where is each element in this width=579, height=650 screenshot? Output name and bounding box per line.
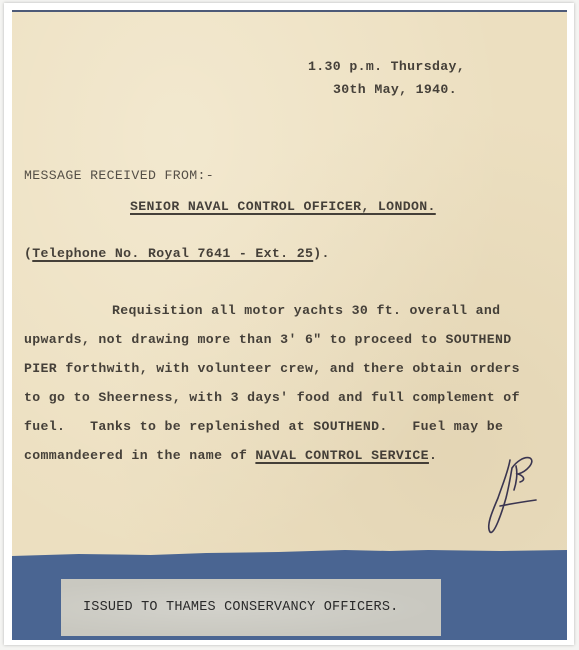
telephone-number: Telephone No. Royal 7641 - Ext. 25 [32, 246, 313, 261]
body-line: fuel. Tanks to be replenished at SOUTHEN… [24, 419, 503, 434]
received-from-label: MESSAGE RECEIVED FROM:- [24, 168, 214, 183]
telephone-line: (Telephone No. Royal 7641 - Ext. 25). [24, 246, 330, 261]
body-line: upwards, not drawing more than 3' 6" to … [24, 332, 512, 347]
issued-label-text: ISSUED TO THAMES CONSERVANCY OFFICERS. [83, 600, 398, 615]
body-line: PIER forthwith, with volunteer crew, and… [24, 361, 520, 376]
sender-name: SENIOR NAVAL CONTROL OFFICER, LONDON. [130, 199, 436, 214]
body-line: to go to Sheerness, with 3 days' food an… [24, 390, 520, 405]
date-line: 30th May, 1940. [333, 82, 457, 97]
last-line-prefix: commandeered in the name of [24, 448, 255, 463]
telephone-close: ). [313, 246, 330, 261]
naval-control-service: NAVAL CONTROL SERVICE [255, 448, 429, 463]
last-line-suffix: . [429, 448, 437, 463]
issued-label: ISSUED TO THAMES CONSERVANCY OFFICERS. [61, 579, 441, 636]
time-line: 1.30 p.m. Thursday, [308, 59, 465, 74]
typewritten-message: 1.30 p.m. Thursday, 30th May, 1940. MESS… [12, 10, 567, 640]
body-line: Requisition all motor yachts 30 ft. over… [112, 303, 500, 318]
signature-icon [480, 450, 550, 540]
body-last-line: commandeered in the name of NAVAL CONTRO… [24, 448, 437, 463]
